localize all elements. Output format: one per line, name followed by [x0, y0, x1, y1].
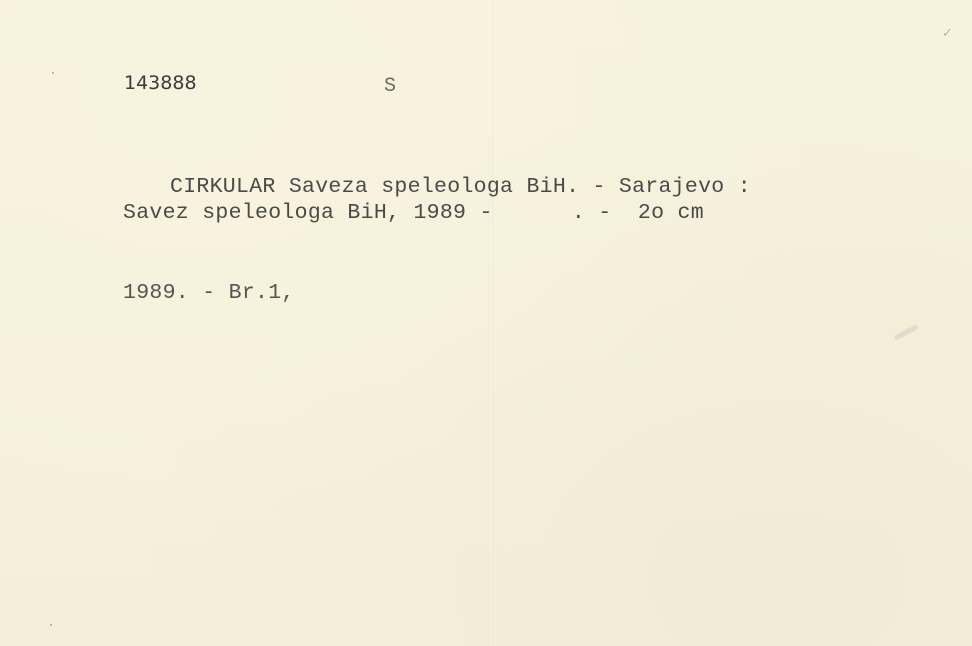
- card-fold-line: [491, 0, 493, 646]
- shelf-mark: S: [384, 75, 396, 98]
- pencil-smudge: [893, 324, 918, 341]
- holdings-line: 1989. - Br.1,: [123, 281, 295, 305]
- speck: [50, 624, 52, 626]
- bibliographic-entry-line-2: Savez speleologa BiH, 1989 - . - 2o cm: [123, 201, 704, 225]
- catalog-card: 143888 S CIRKULAR Saveza speleologa BiH.…: [0, 0, 972, 646]
- speck: [52, 72, 54, 74]
- check-mark-icon: ✓: [942, 26, 953, 41]
- bibliographic-entry-line-1: CIRKULAR Saveza speleologa BiH. - Saraje…: [170, 175, 751, 199]
- accession-number: 143888: [124, 72, 197, 94]
